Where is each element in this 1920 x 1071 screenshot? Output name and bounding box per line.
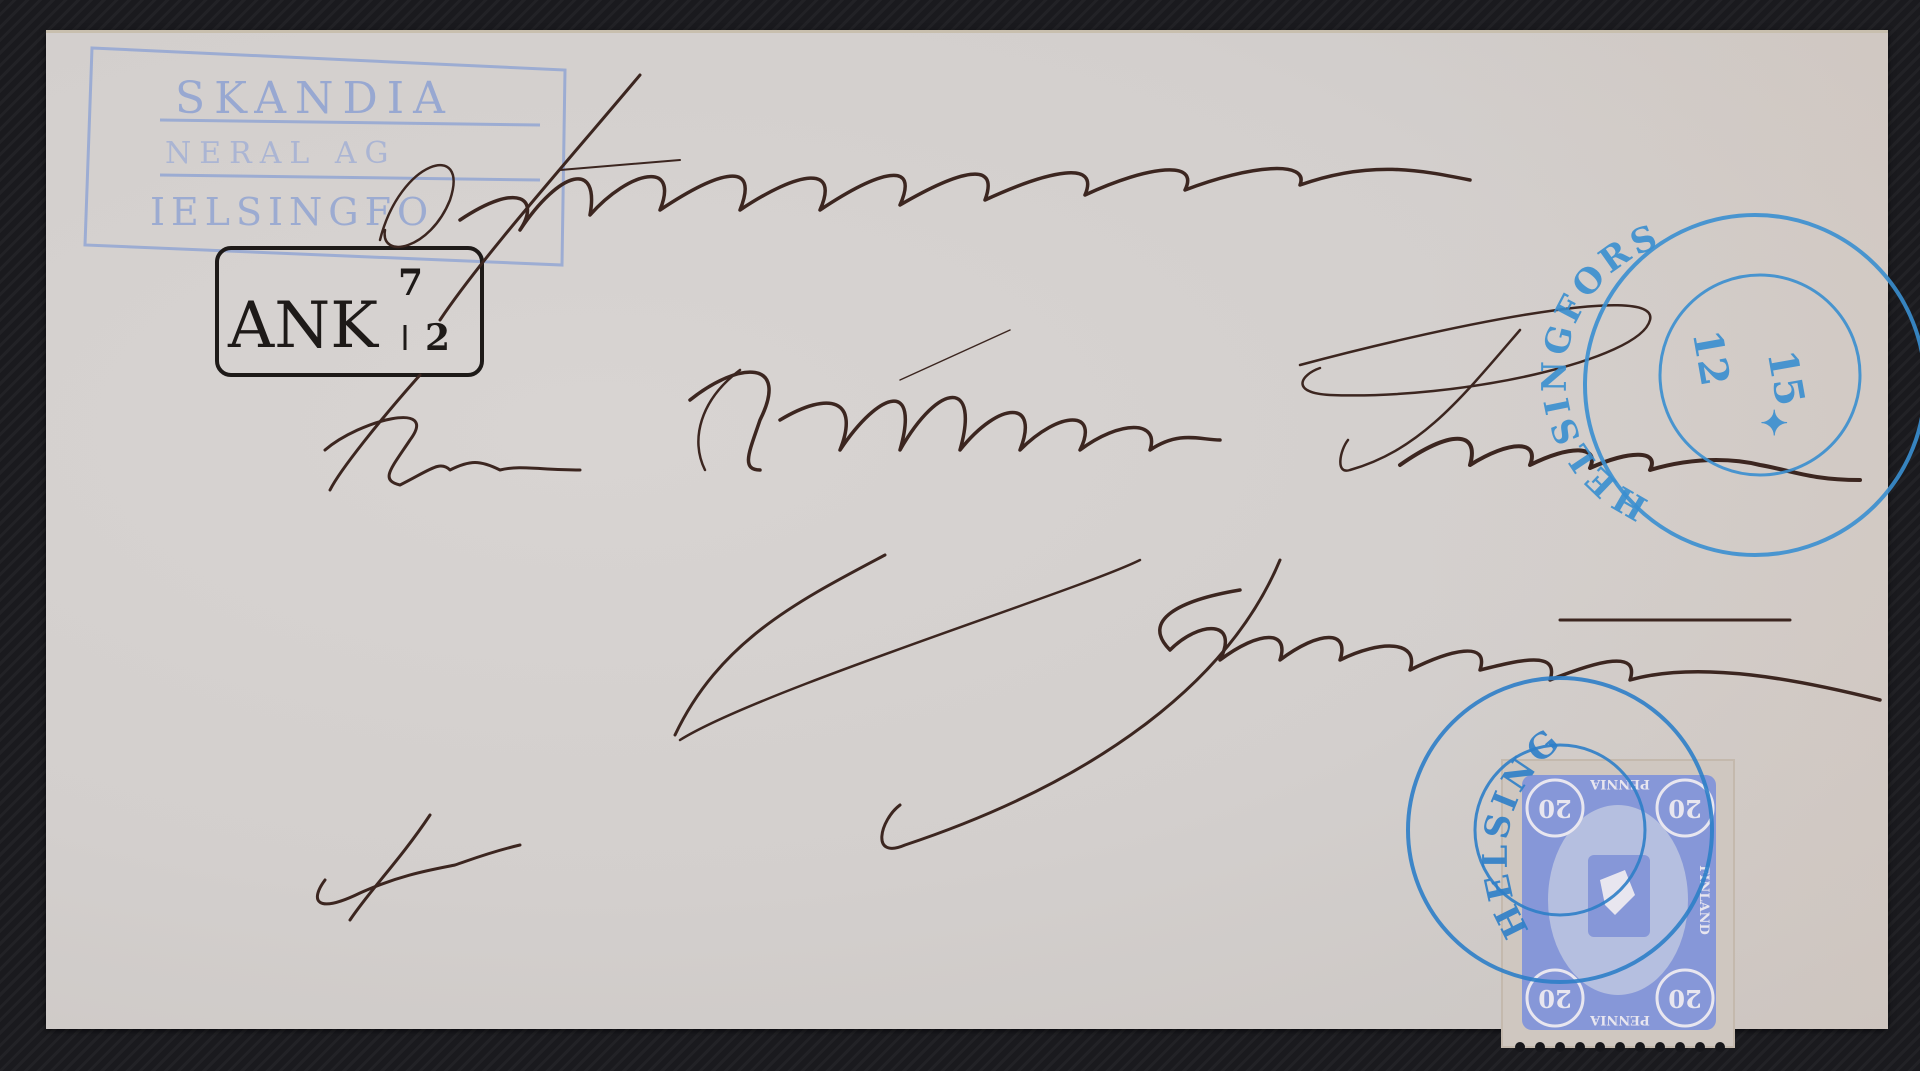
svg-text:✦: ✦ bbox=[1760, 404, 1789, 444]
ank-text: ANK bbox=[227, 289, 379, 363]
stamp-currency-top: PENNIA bbox=[1589, 776, 1650, 791]
ank-denominator: 2 bbox=[425, 317, 450, 359]
postmark-top-day: 12 bbox=[1683, 326, 1739, 389]
postage-stamp: 20 20 20 20 PENNIA PENNIA FINLAND bbox=[1502, 760, 1734, 1052]
ank-numerator: 7 bbox=[398, 262, 423, 304]
svg-text:HELSINGFORS: HELSINGFORS bbox=[1535, 216, 1666, 528]
stamp-value-br: 20 bbox=[1668, 984, 1701, 1013]
stamp-value-tl: 20 bbox=[1538, 794, 1571, 823]
envelope-markings: SKANDIA NERAL AG IELSINGFO ANK 7 2 bbox=[0, 0, 1920, 1071]
stamp-currency-bottom: PENNIA bbox=[1589, 1012, 1650, 1027]
stamp-value-bl: 20 bbox=[1538, 984, 1571, 1013]
cachet-line-3: IELSINGFO bbox=[150, 190, 434, 234]
cachet-line-2: NERAL AG bbox=[165, 136, 397, 171]
cachet-line-1: SKANDIA bbox=[175, 73, 454, 124]
stamp-value-tr: 20 bbox=[1668, 794, 1701, 823]
postmark-top-year: 15 bbox=[1758, 346, 1814, 409]
arrival-mark: ANK 7 2 bbox=[217, 248, 482, 375]
postmark-top-town: HELSINGFORS bbox=[1535, 216, 1666, 528]
